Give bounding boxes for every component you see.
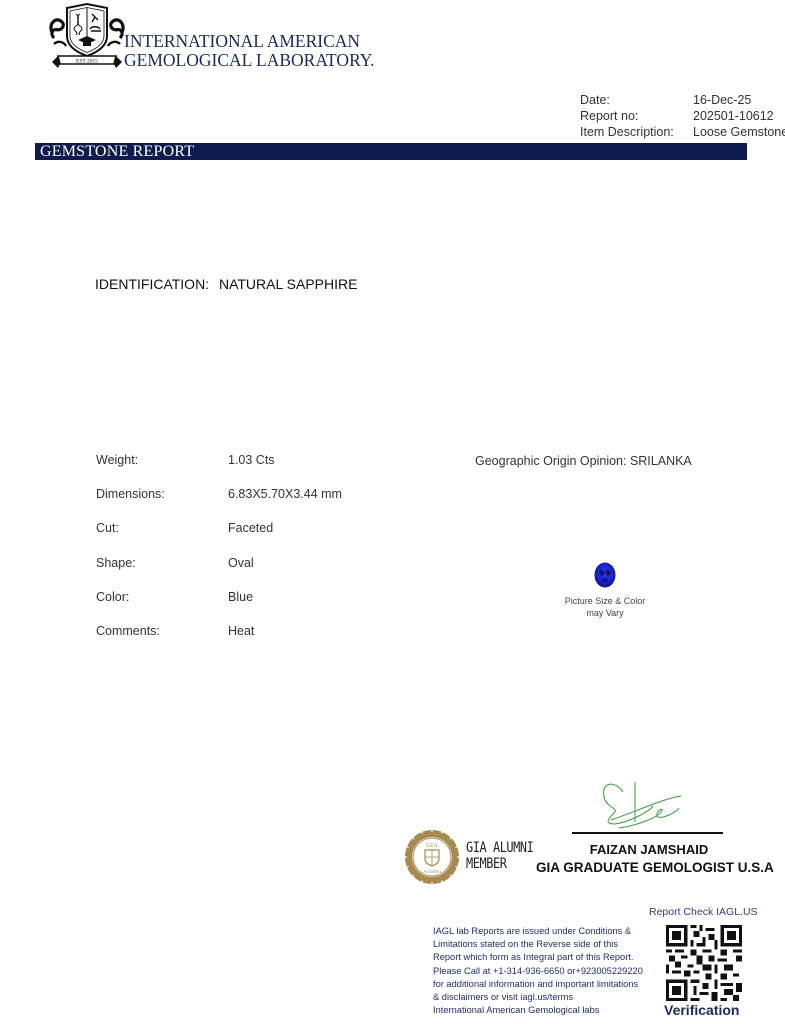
gia-alumni-seal-icon: GIA ALUMNI [403,828,461,886]
verification-label: Verification [664,1002,739,1018]
cut-value: Faceted [228,521,273,555]
cut-label: Cut: [96,521,228,555]
disclaimer: IAGL lab Reports are issued under Condit… [433,925,673,1017]
report-no-label: Report no: [580,108,693,124]
gia-alumni-line1: GIA ALUMNI [466,840,533,856]
meta-row-report-no: Report no: 202501-10612 [580,108,785,124]
report-check-link[interactable]: Report Check IAGL.US [649,906,758,918]
color-label: Color: [96,590,228,624]
disclaimer-line: Please Call at +1-314-936-6650 or+923005… [433,965,673,978]
property-row-cut: Cut: Faceted [96,521,342,555]
identification-value: NATURAL SAPPHIRE [219,276,357,292]
gem-caption-line1: Picture Size & Color [550,595,660,607]
lab-name-line2: GEMOLOGICAL LABORATORY. [124,51,375,70]
gemologist-title: GIA GRADUATE GEMOLOGIST U.S.A [536,860,774,875]
identification-label: IDENTIFICATION: [95,276,209,292]
dimensions-label: Dimensions: [96,487,228,521]
disclaimer-line: Report which form as Integral part of th… [433,951,673,964]
gia-alumni-line2: MEMBER [466,856,533,872]
disclaimer-line: for additional information and important… [433,978,673,991]
disclaimer-line: Limitations stated on the Reverse side o… [433,938,673,951]
gem-caption-line2: may Vary [550,607,660,619]
item-description-value: Loose Gemstone [693,124,785,140]
lab-name: INTERNATIONAL AMERICAN GEMOLOGICAL LABOR… [124,32,375,70]
report-no-value: 202501-10612 [693,108,774,124]
svg-text:GIA: GIA [426,842,438,849]
disclaimer-line: & disclaimers or visit iagl.us/terms [433,991,673,1004]
property-row-comments: Comments: Heat [96,624,342,658]
item-description-label: Item Description: [580,124,693,140]
weight-value: 1.03 Cts [228,453,275,487]
lab-name-line1: INTERNATIONAL AMERICAN [124,32,375,51]
signature-line [572,832,723,834]
signature [595,778,695,830]
meta-row-date: Date: 16-Dec-25 [580,92,785,108]
lab-crest-logo: EST 2015 [48,2,126,70]
svg-text:EST 2015: EST 2015 [76,59,98,65]
property-row-shape: Shape: Oval [96,556,342,590]
gia-alumni-member-text: GIA ALUMNI MEMBER [466,840,533,872]
date-value: 16-Dec-25 [693,92,751,108]
oval-sapphire-icon [594,562,616,588]
identification: IDENTIFICATION: NATURAL SAPPHIRE [95,276,357,292]
geographic-origin: Geographic Origin Opinion: SRILANKA [475,454,692,468]
report-meta: Date: 16-Dec-25 Report no: 202501-10612 … [580,92,785,140]
date-label: Date: [580,92,693,108]
qr-code-icon[interactable] [666,925,742,1001]
color-value: Blue [228,590,253,624]
weight-label: Weight: [96,453,228,487]
meta-row-item-description: Item Description: Loose Gemstone [580,124,785,140]
comments-label: Comments: [96,624,228,658]
property-row-weight: Weight: 1.03 Cts [96,453,342,487]
property-row-dimensions: Dimensions: 6.83X5.70X3.44 mm [96,487,342,521]
report-title: GEMSTONE REPORT [40,142,194,161]
dimensions-value: 6.83X5.70X3.44 mm [228,487,342,521]
property-row-color: Color: Blue [96,590,342,624]
gem-image-caption: Picture Size & Color may Vary [550,595,660,619]
disclaimer-line: IAGL lab Reports are issued under Condit… [433,925,673,938]
gemologist-name: FAIZAN JAMSHAID [573,842,725,857]
disclaimer-line: International American Gemological labs [433,1004,673,1017]
comments-value: Heat [228,624,254,658]
shape-label: Shape: [96,556,228,590]
shape-value: Oval [228,556,254,590]
svg-text:ALUMNI: ALUMNI [423,869,441,874]
gem-properties: Weight: 1.03 Cts Dimensions: 6.83X5.70X3… [96,453,342,658]
